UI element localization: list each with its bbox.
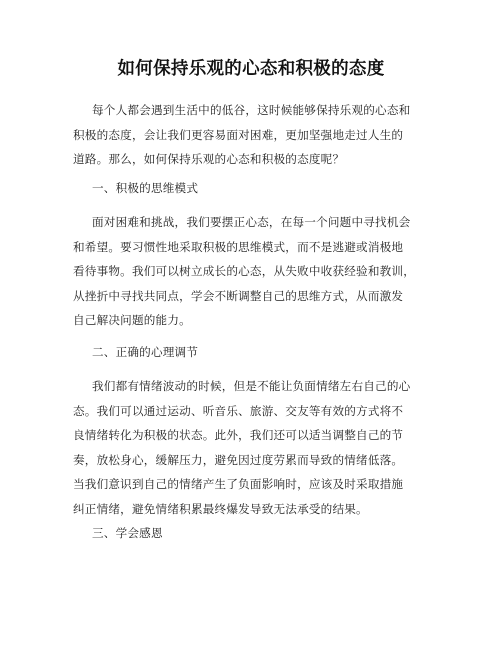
document-title: 如何保持乐观的心态和积极的态度 <box>0 58 502 80</box>
paragraph-line: 面对困难和挑战，我们要摆正心态，在每一个问题中寻找机会 <box>73 210 443 235</box>
intro-paragraph: 每个人都会遇到生活中的低谷，这时候能够保持乐观的心态和 积极的态度，会让我们更容… <box>73 98 443 172</box>
section-heading-2: 二、正确的心理调节 <box>92 342 198 362</box>
paragraph-line: 当我们意识到自己的情绪产生了负面影响时，应该及时采取措施 <box>73 472 443 497</box>
paragraph-line: 纠正情绪，避免情绪积累最终爆发导致无法承受的结果。 <box>73 497 443 522</box>
paragraph-line: 和希望。要习惯性地采取积极的思维模式，而不是逃避或消极地 <box>73 235 443 260</box>
paragraph-line: 每个人都会遇到生活中的低谷，这时候能够保持乐观的心态和 <box>73 98 443 123</box>
paragraph-line: 从挫折中寻找共同点，学会不断调整自己的思维方式，从而激发 <box>73 284 443 309</box>
paragraph-line: 自己解决问题的能力。 <box>73 308 443 333</box>
paragraph-line: 奏，放松身心，缓解压力，避免因过度劳累而导致的情绪低落。 <box>73 448 443 473</box>
section-heading-3: 三、学会感恩 <box>92 523 163 543</box>
section-1-paragraph: 面对困难和挑战，我们要摆正心态，在每一个问题中寻找机会 和希望。要习惯性地采取积… <box>73 210 443 333</box>
paragraph-line: 良情绪转化为积极的状态。此外，我们还可以适当调整自己的节 <box>73 423 443 448</box>
section-heading-1: 一、积极的思维模式 <box>92 178 198 198</box>
paragraph-line: 积极的态度，会让我们更容易面对困难，更加坚强地走过人生的 <box>73 123 443 148</box>
section-2-paragraph: 我们都有情绪波动的时候，但是不能让负面情绪左右自己的心 态。我们可以通过运动、听… <box>73 374 443 521</box>
paragraph-line: 态。我们可以通过运动、听音乐、旅游、交友等有效的方式将不 <box>73 399 443 424</box>
document-page: 如何保持乐观的心态和积极的态度 每个人都会遇到生活中的低谷，这时候能够保持乐观的… <box>0 0 502 649</box>
paragraph-line: 我们都有情绪波动的时候，但是不能让负面情绪左右自己的心 <box>73 374 443 399</box>
paragraph-line: 道路。那么，如何保持乐观的心态和积极的态度呢？ <box>73 147 443 172</box>
paragraph-line: 看待事物。我们可以树立成长的心态，从失败中收获经验和教训， <box>73 259 443 284</box>
